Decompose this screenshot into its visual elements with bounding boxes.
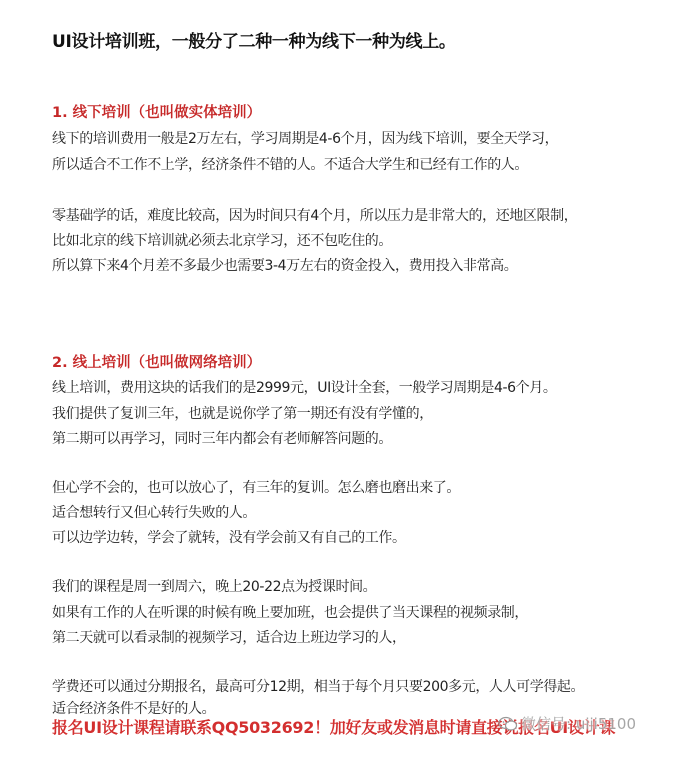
paragraph-line: 学费还可以通过分期报名，最高可分12期，相当于每个月只要200多元，人人可学得起… xyxy=(52,676,584,696)
paragraph-line: 如果有工作的人在听课的时候有晚上要加班，也会提供了当天课程的视频录制， xyxy=(52,602,528,622)
page-title: UI设计培训班，一般分了二种一种为线下一种为线上。 xyxy=(52,27,456,52)
paragraph-line: 比如北京的线下培训就必须去北京学习，还不包吃住的。 xyxy=(52,230,392,250)
wechat-icon xyxy=(498,716,518,732)
paragraph-line: 所以适合不工作不上学，经济条件不错的人。不适合大学生和已经有工作的人。 xyxy=(52,154,528,174)
paragraph-line: 零基础学的话，难度比较高，因为时间只有4个月，所以压力是非常大的，还地区限制， xyxy=(52,205,577,225)
section-heading-offline: 1. 线下培训（也叫做实体培训） xyxy=(52,101,261,122)
section-heading-online: 2. 线上培训（也叫做网络培训） xyxy=(52,351,261,372)
wechat-watermark: 微信号: uiji5100 xyxy=(498,713,636,734)
paragraph-line: 第二天就可以看录制的视频学习，适合边上班边学习的人， xyxy=(52,627,406,647)
paragraph-line: 所以算下来4个月差不多最少也需要3-4万左右的资金投入，费用投入非常高。 xyxy=(52,255,517,275)
paragraph-line: 线下的培训费用一般是2万左右，学习周期是4-6个月，因为线下培训，要全天学习， xyxy=(52,128,558,148)
paragraph-line: 我们的课程是周一到周六，晚上20-22点为授课时间。 xyxy=(52,576,376,596)
paragraph-line: 可以边学边转，学会了就转，没有学会前又有自己的工作。 xyxy=(52,527,406,547)
watermark-text: 微信号: uiji5100 xyxy=(521,713,636,734)
paragraph-line: 线上培训，费用这块的话我们的是2999元，UI设计全套，一般学习周期是4-6个月… xyxy=(52,377,556,397)
paragraph-line: 但心学不会的，也可以放心了，有三年的复训。怎么磨也磨出来了。 xyxy=(52,477,460,497)
paragraph-line: 我们提供了复训三年，也就是说你学了第一期还有没有学懂的， xyxy=(52,403,433,423)
paragraph-line: 适合想转行又但心转行失败的人。 xyxy=(52,502,256,522)
paragraph-line: 第二期可以再学习，同时三年内都会有老师解答问题的。 xyxy=(52,428,392,448)
